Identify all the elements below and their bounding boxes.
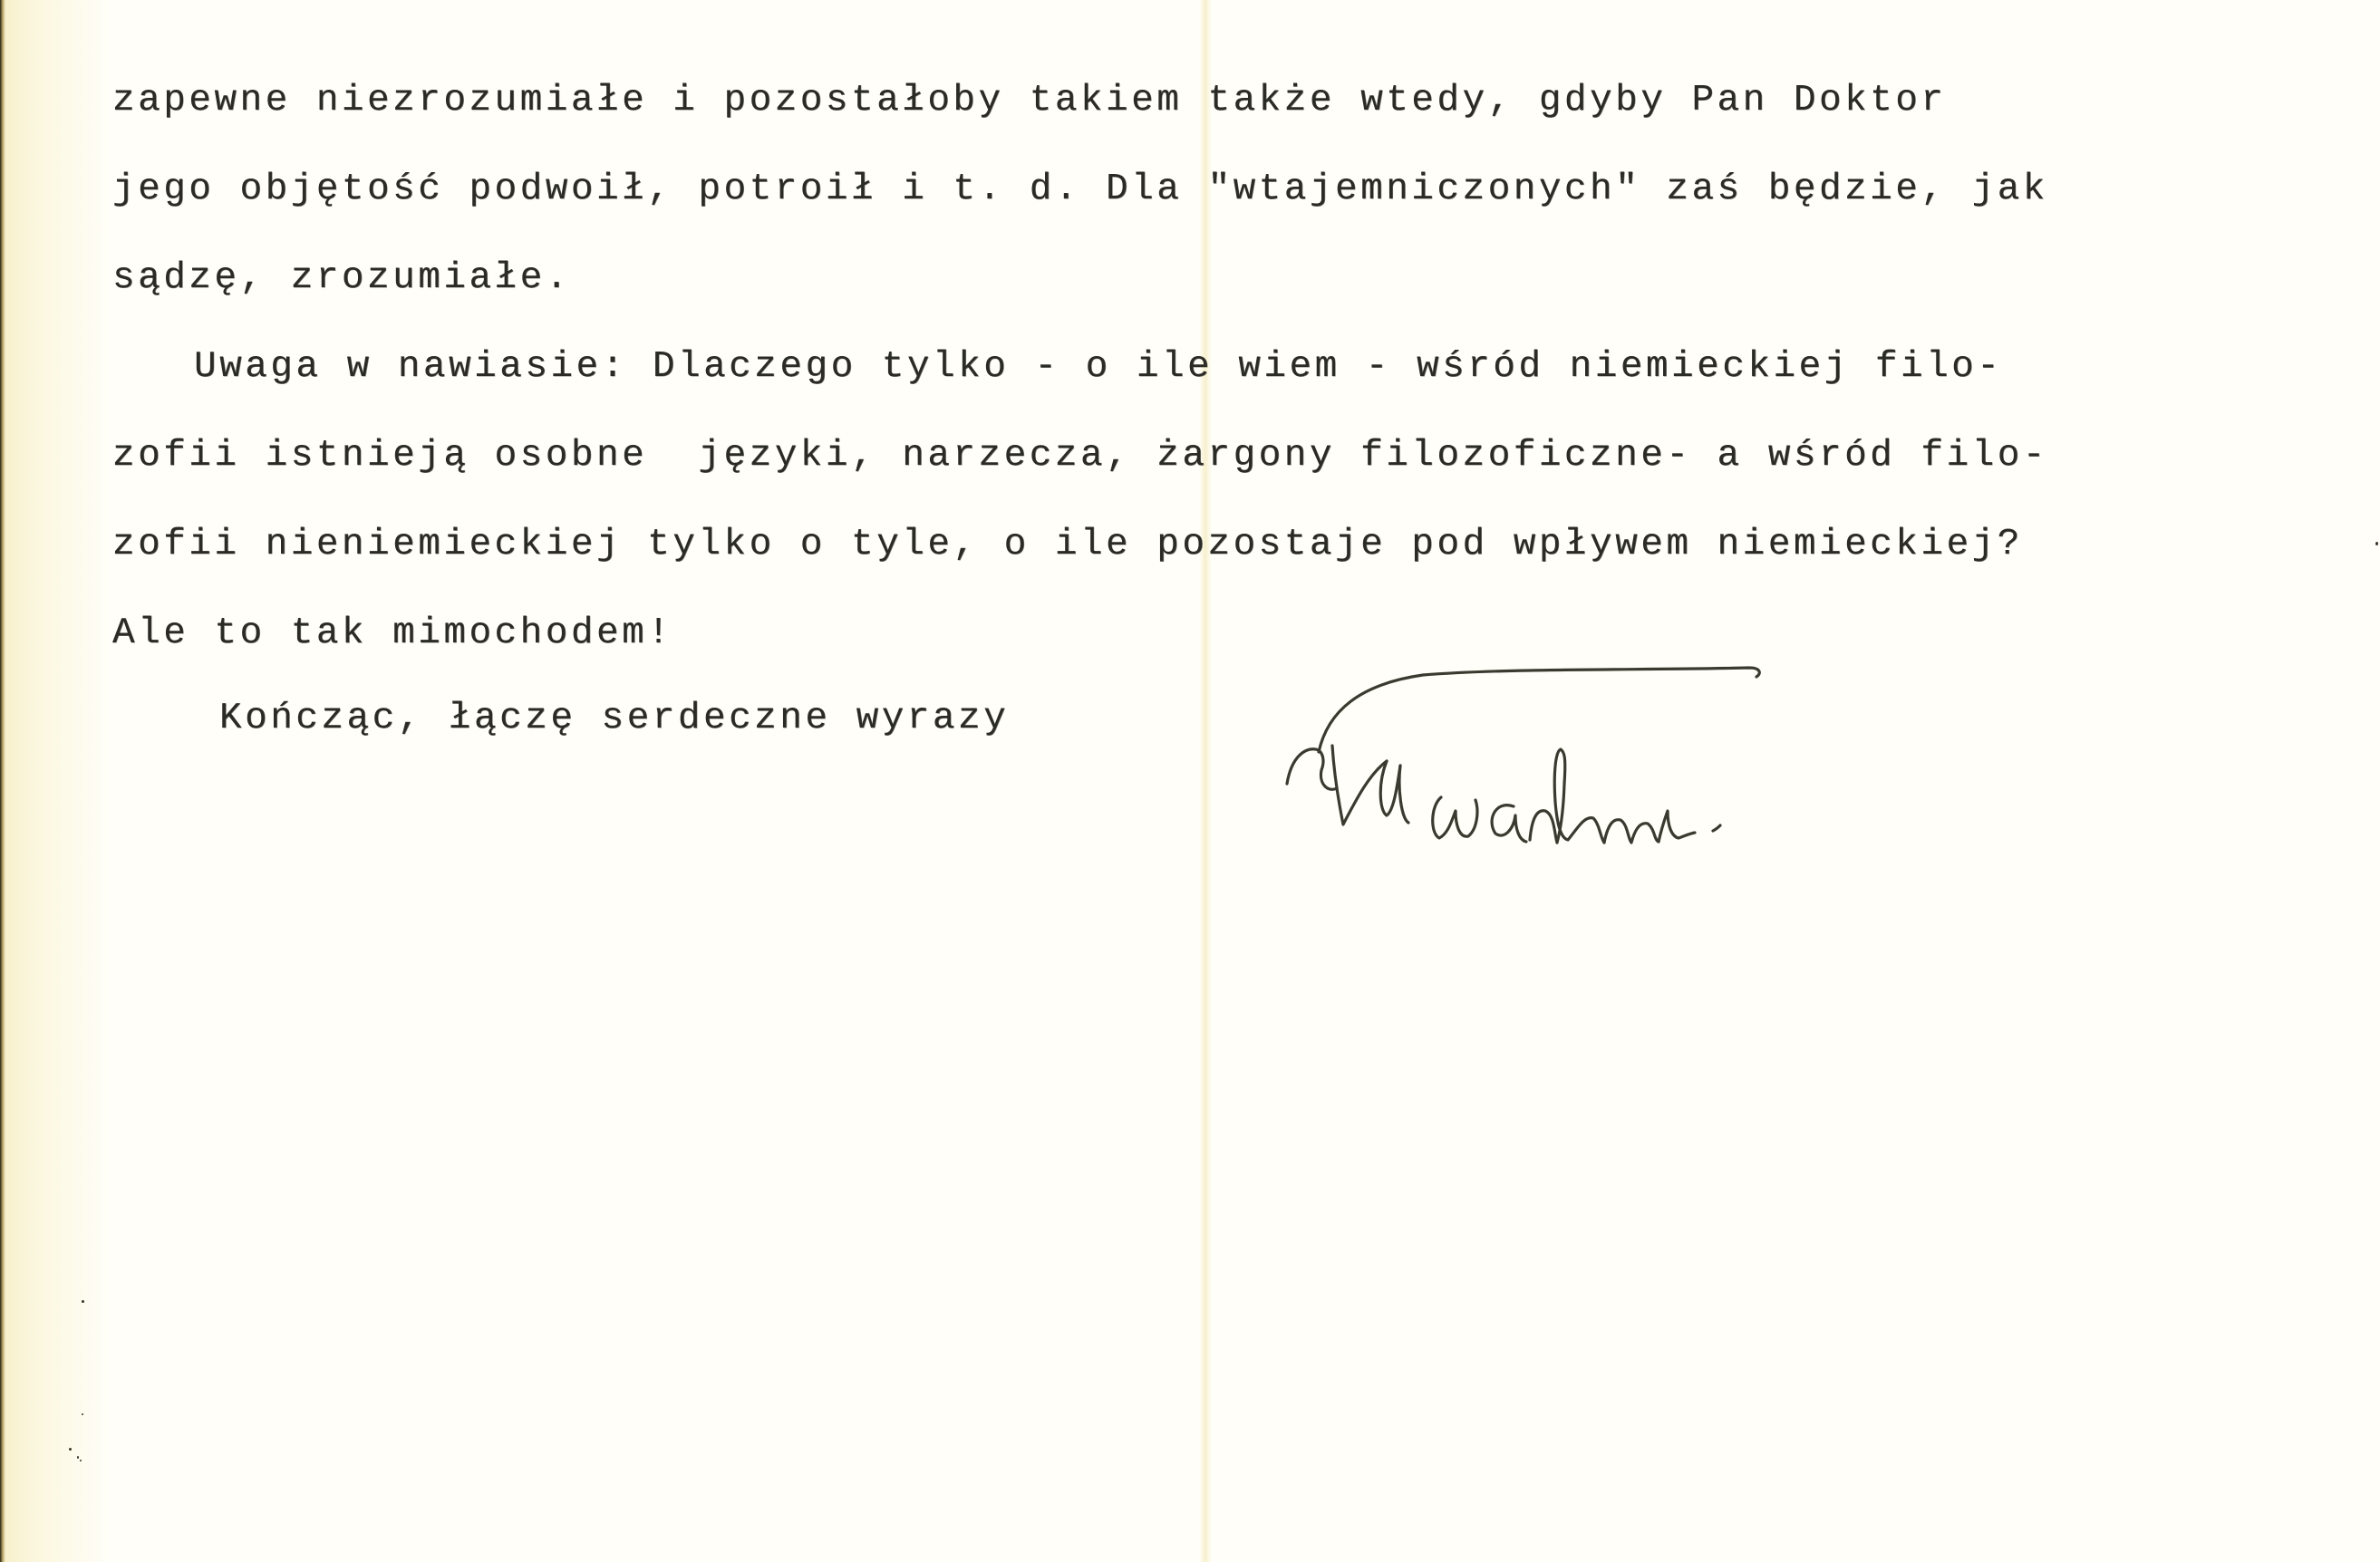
paper-speck [80, 1460, 82, 1461]
paper-speck [82, 1300, 84, 1303]
body-line-3: sądzę, zrozumiałe. [112, 234, 2224, 323]
closing-line: Kończąc, łączę serdeczne wyrazy [112, 674, 2224, 763]
handwritten-signature [1242, 648, 1858, 847]
body-line-2: jego objętość podwoił, potroił i t. d. D… [112, 145, 2224, 234]
body-line-1: zapewne niezrozumiałe i pozostałoby taki… [112, 56, 2224, 145]
paper-speck [2375, 542, 2378, 545]
paper-left-edge [0, 0, 5, 1562]
paper-speck [69, 1448, 72, 1451]
body-line-5: zofii istnieją osobne języki, narzecza, … [112, 411, 2224, 500]
body-line-6: zofii nieniemieckiej tylko o tyle, o ile… [112, 500, 2224, 589]
body-line-4-paragraph-start: Uwaga w nawiasie: Dlaczego tylko - o ile… [112, 323, 2224, 411]
letter-body: zapewne niezrozumiałe i pozostałoby taki… [112, 56, 2224, 763]
paper-speck [77, 1456, 79, 1459]
paper-speck [82, 1413, 83, 1415]
letter-page: zapewne niezrozumiałe i pozostałoby taki… [0, 0, 2380, 1562]
body-line-7: Ale to tak mimochodem! [112, 589, 2224, 678]
